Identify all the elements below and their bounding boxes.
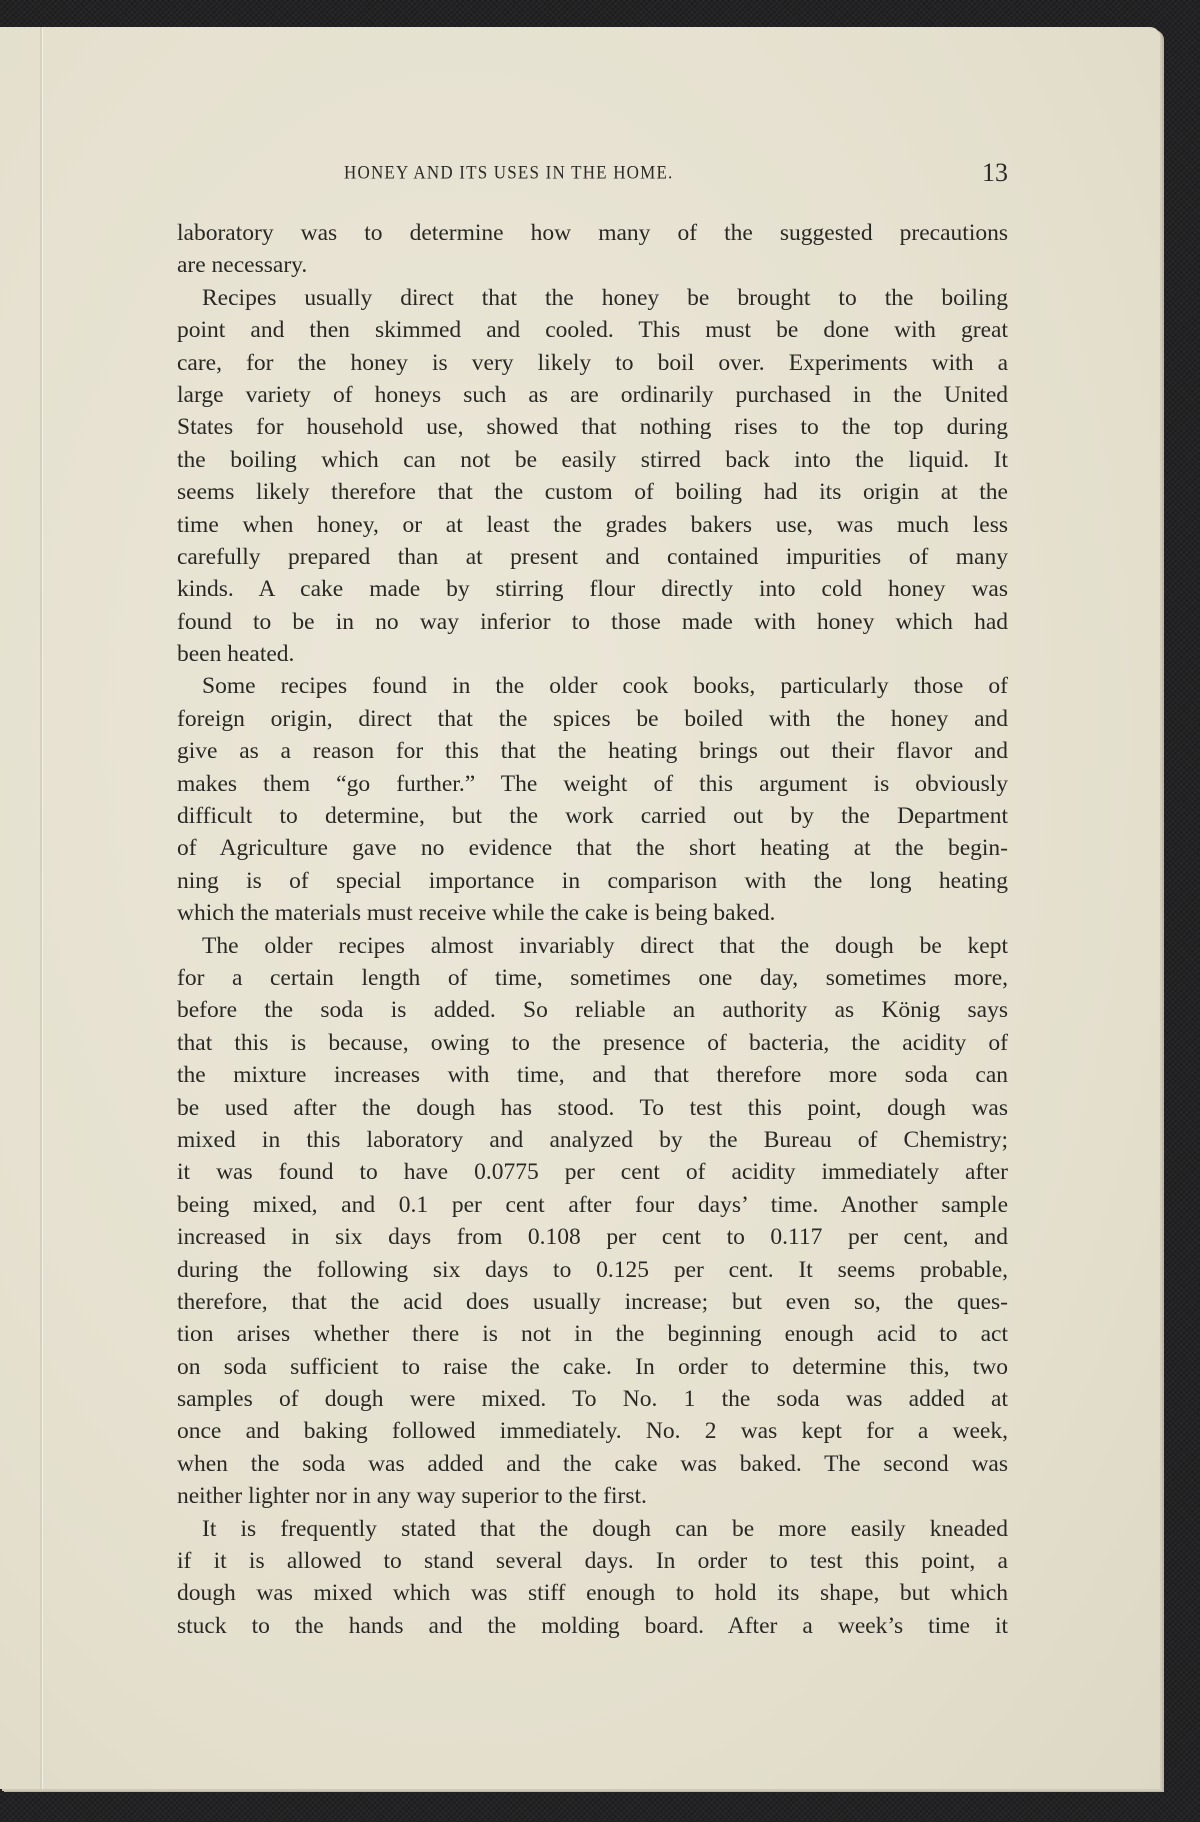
text-line: when the soda was added and the cake was…: [177, 1448, 1008, 1480]
text-line: which the materials must receive while t…: [177, 897, 1008, 929]
text-line: It is frequently stated that the dough c…: [177, 1513, 1008, 1545]
text-line: the mixture increases with time, and tha…: [177, 1059, 1008, 1091]
text-line: mixed in this laboratory and analyzed by…: [177, 1124, 1008, 1156]
text-line: that this is because, owing to the prese…: [177, 1027, 1008, 1059]
text-line: it was found to have 0.0775 per cent of …: [177, 1156, 1008, 1188]
text-line: found to be in no way inferior to those …: [177, 606, 1008, 638]
text-line: tion arises whether there is not in the …: [177, 1318, 1008, 1350]
text-line: carefully prepared than at present and c…: [177, 541, 1008, 573]
paragraph: The older recipes almost invariably dire…: [177, 930, 1008, 1513]
text-line: kinds. A cake made by stirring flour dir…: [177, 573, 1008, 605]
running-head: HONEY AND ITS USES IN THE HOME. 13: [150, 158, 1010, 188]
text-line: are necessary.: [177, 249, 1008, 281]
text-line: seems likely therefore that the custom o…: [177, 476, 1008, 508]
text-line: makes them “go further.” The weight of t…: [177, 768, 1008, 800]
text-line: time when honey, or at least the grades …: [177, 509, 1008, 541]
text-line: the boiling which can not be easily stir…: [177, 444, 1008, 476]
text-line: therefore, that the acid does usually in…: [177, 1286, 1008, 1318]
text-line: foreign origin, direct that the spices b…: [177, 703, 1008, 735]
body-text: laboratory was to determine how many of …: [177, 217, 1008, 1642]
text-line: for a certain length of time, sometimes …: [177, 962, 1008, 994]
text-line: Some recipes found in the older cook boo…: [177, 670, 1008, 702]
paragraph: laboratory was to determine how many of …: [177, 217, 1008, 282]
text-line: neither lighter nor in any way superior …: [177, 1480, 1008, 1512]
text-line: on soda sufficient to raise the cake. In…: [177, 1351, 1008, 1383]
text-line: been heated.: [177, 638, 1008, 670]
text-line: during the following six days to 0.125 p…: [177, 1254, 1008, 1286]
text-line: Recipes usually direct that the honey be…: [177, 282, 1008, 314]
book-page: HONEY AND ITS USES IN THE HOME. 13 labor…: [0, 27, 1160, 1789]
paragraph: Some recipes found in the older cook boo…: [177, 670, 1008, 929]
paragraph: Recipes usually direct that the honey be…: [177, 282, 1008, 671]
paragraph: It is frequently stated that the dough c…: [177, 1513, 1008, 1643]
text-line: laboratory was to determine how many of …: [177, 217, 1008, 249]
text-line: point and then skimmed and cooled. This …: [177, 314, 1008, 346]
text-line: The older recipes almost invariably dire…: [177, 930, 1008, 962]
text-line: difficult to determine, but the work car…: [177, 800, 1008, 832]
text-line: once and baking followed immediately. No…: [177, 1415, 1008, 1447]
text-line: before the soda is added. So reliable an…: [177, 994, 1008, 1026]
running-head-title: HONEY AND ITS USES IN THE HOME.: [344, 162, 674, 184]
text-line: samples of dough were mixed. To No. 1 th…: [177, 1383, 1008, 1415]
page-gutter: [40, 27, 42, 1789]
text-line: stuck to the hands and the molding board…: [177, 1610, 1008, 1642]
page-number: 13: [982, 158, 1008, 188]
text-line: give as a reason for this that the heati…: [177, 735, 1008, 767]
text-line: of Agriculture gave no evidence that the…: [177, 832, 1008, 864]
text-line: dough was mixed which was stiff enough t…: [177, 1577, 1008, 1609]
text-line: care, for the honey is very likely to bo…: [177, 347, 1008, 379]
text-line: be used after the dough has stood. To te…: [177, 1092, 1008, 1124]
text-line: States for household use, showed that no…: [177, 411, 1008, 443]
text-line: increased in six days from 0.108 per cen…: [177, 1221, 1008, 1253]
text-line: if it is allowed to stand several days. …: [177, 1545, 1008, 1577]
text-line: being mixed, and 0.1 per cent after four…: [177, 1189, 1008, 1221]
text-line: large variety of honeys such as are ordi…: [177, 379, 1008, 411]
text-line: ning is of special importance in compari…: [177, 865, 1008, 897]
